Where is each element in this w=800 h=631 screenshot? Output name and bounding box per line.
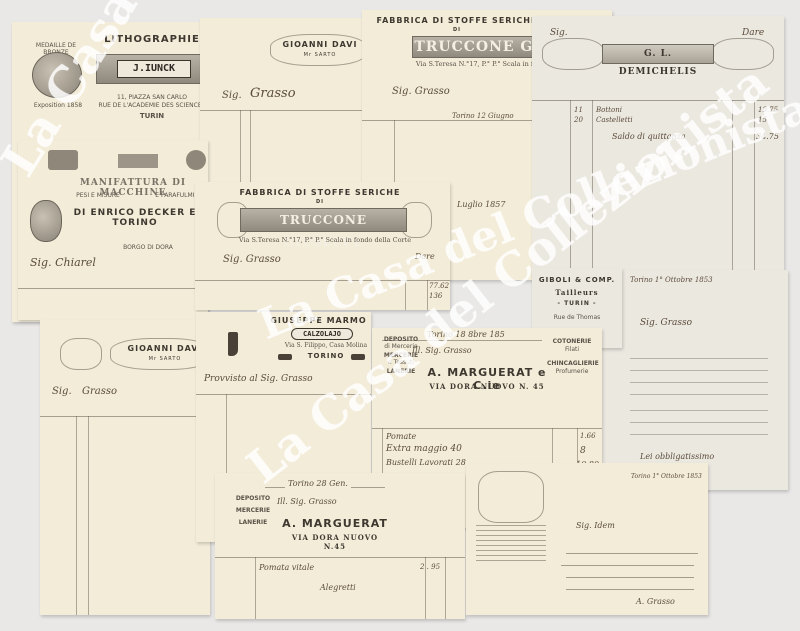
marmo-recipient: Provvisto al Sig. Grasso [204, 374, 312, 384]
decker-name: DI ENRICO DECKER E TORINO [60, 208, 208, 228]
demichelis-item-amount: 15 [758, 116, 767, 124]
decker-address: BORGO DI DORA [118, 244, 178, 251]
truccone-amount: 136 [429, 292, 442, 300]
marmo-city: TORINO [301, 352, 351, 360]
truccone-recipient: Sig. Grasso [392, 86, 450, 97]
demichelis-salutation: Sig. [550, 28, 568, 38]
letterhead-ornament [478, 471, 544, 523]
medal-portrait-icon [32, 52, 82, 98]
marguerat-amount: 2 . 95 [420, 563, 440, 571]
marguerat-left-label: LANERIE [233, 519, 273, 526]
document-letter: Torino 1° Ottobre 1853 Sig. Grasso Lei o… [600, 270, 788, 490]
marguerat-left-label: DEPOSITO [376, 336, 426, 343]
davi-recipient: Grasso [82, 386, 117, 397]
demichelis-item-qty: 20 [574, 116, 583, 124]
handwriting-line [566, 589, 694, 590]
marguerat-right-label: Filati [547, 346, 597, 353]
demichelis-name: G. L. DEMICHELIS [602, 44, 714, 64]
rule [445, 557, 446, 619]
rule [250, 110, 251, 188]
document-davi-top: GIOANNI DAVI Mr SARTO Sig. Grasso [200, 18, 370, 188]
truccone-entry: Luglio 1857 [457, 200, 505, 209]
truccone-dare: Dare [415, 252, 435, 261]
shoe-icon [278, 354, 292, 360]
rule [195, 280, 450, 281]
marguerat-signature: Alegretti [320, 583, 356, 592]
letter-date: Torino 1° Ottobre 1853 [630, 276, 713, 284]
decker-engraving-icon [186, 150, 206, 170]
document-davi-bottom: GIOANNI DAVI Mr SARTO Sig. Grasso [40, 320, 210, 615]
medal-caption-bottom: Exposition 1858 [28, 102, 88, 109]
rule [215, 557, 465, 558]
junck-name: J.IUNCK [117, 60, 191, 78]
header-lithographie: LITHOGRAPHIE [97, 34, 207, 45]
rule [570, 100, 571, 276]
letter-date: Torino 1° Ottobre 1853 [631, 473, 702, 480]
marguerat-left-label: di Mercerie [376, 343, 426, 350]
demichelis-ornament-left [542, 38, 604, 70]
marguerat-right-label: COTONERIE [547, 338, 597, 345]
davi-name: GIOANNI DAVI [270, 40, 370, 49]
truccone-name: TRUCCONE GIUSEPPE [240, 208, 407, 232]
handwriting-line [630, 358, 768, 359]
marguerat-name: A. MARGUERAT [280, 517, 390, 530]
rule [76, 416, 77, 615]
marguerat-right-label: CHINCAGLIERIE [547, 360, 597, 367]
marguerat-address: VIA DORA NUOVO N. 45 [427, 382, 547, 391]
davi-ornament-left [60, 338, 102, 370]
giboli-address: Rue de Thomas [532, 314, 622, 321]
davi-subtitle: Mr SARTO [135, 356, 195, 362]
handwriting-line [630, 410, 768, 411]
truccone-recipient: Sig. Grasso [223, 254, 281, 265]
document-marguerat-bottom: Torino 28 Gen. Ill. Sig. Grasso DEPOSITO… [215, 473, 465, 619]
letter-greeting: Sig. Idem [576, 521, 615, 530]
rule [592, 100, 593, 276]
handwriting-line [566, 577, 694, 578]
marguerat-item: Pomate [386, 432, 416, 441]
letter-signature: A. Grasso [636, 597, 675, 606]
marguerat-date: Torino 28 Gen. [285, 479, 351, 488]
handwriting-line [630, 382, 768, 383]
junck-city: TURIN [97, 112, 207, 120]
davi-ornament [110, 338, 210, 370]
rule [88, 416, 89, 615]
truccone-amount: 77.62 [429, 282, 449, 290]
marguerat-item: Pomata vitale [259, 563, 314, 572]
giboli-name: GIBOLI & COMP. [532, 276, 622, 284]
junck-address-2: RUE DE L'ACADEMIE DES SCIENCES [97, 102, 207, 109]
truccone-address: Via S.Teresa N.°17, P.° P.° Scala in fon… [235, 236, 415, 244]
decker-engraving-icon [48, 150, 78, 170]
rule [255, 557, 256, 619]
handwriting-line [630, 434, 768, 435]
demichelis-item-desc: Bottoni [596, 106, 622, 114]
rule [18, 288, 208, 289]
marguerat-amount: 1.66 [580, 432, 596, 440]
marguerat-amount: 8 [580, 446, 586, 456]
decker-recipient: Sig. Chiarel [30, 256, 96, 269]
truccone-di: DI [372, 27, 542, 33]
marguerat-left-label: MERCERIE [376, 352, 426, 359]
decker-engraving-icon [118, 154, 158, 168]
rule [196, 394, 371, 395]
letter-closing: Lei obbligatissimo [640, 452, 714, 461]
demichelis-item-amount: 19.75 [758, 106, 778, 114]
document-decker: MANIFATTURA DI MACCHINE PESI E MISURE E … [18, 140, 208, 320]
demichelis-dare: Dare [742, 28, 764, 38]
rule [240, 110, 241, 188]
giboli-city: - TURIN - [532, 300, 622, 307]
marguerat-left-label: e Tessuti [376, 359, 426, 366]
davi-recipient: Grasso [250, 86, 296, 101]
marguerat-date: Torino 18 8bre 185 [424, 330, 508, 339]
truccone-di: DI [235, 199, 405, 205]
demichelis-item-qty: 11 [574, 106, 583, 114]
document-demichelis: Sig. Dare G. L. DEMICHELIS 11 Bottoni 19… [532, 16, 784, 276]
rule [754, 100, 755, 276]
decker-medal-icon [30, 200, 62, 242]
demichelis-total: 34.75 [756, 132, 779, 141]
demichelis-ornament-right [712, 38, 774, 70]
marmo-trade: CALZOLAJO [291, 328, 353, 340]
davi-salutation: Sig. [222, 90, 242, 101]
marmo-name: GIUSEPPE MARMO [266, 316, 371, 325]
marguerat-right-label: Profumerie [547, 368, 597, 375]
rule [427, 280, 428, 310]
davi-ornament [270, 34, 367, 66]
demichelis-item-desc: Castelletti [596, 116, 633, 124]
handwriting-line [630, 370, 768, 371]
letter-salutation: Sig. Grasso [640, 318, 692, 328]
marguerat-recipient: Ill. Sig. Grasso [277, 497, 337, 506]
truccone-header: FABBRICA DI STOFFE SERICHE [372, 16, 542, 25]
boot-icon [228, 332, 238, 356]
rule [732, 100, 733, 276]
marmo-address: Via S. Filippo, Casa Molina [281, 342, 371, 349]
shoe-icon [351, 354, 365, 360]
document-letter-bottom: Torino 1° Ottobre 1853 Sig. Idem A. Gras… [466, 463, 708, 615]
handwriting-line [630, 422, 768, 423]
truccone-date: Torino 12 Giugno [452, 112, 514, 120]
letterhead-text [476, 525, 546, 565]
handwriting-line [630, 394, 768, 395]
marguerat-left-label: DEPOSITO [233, 495, 273, 502]
document-truccone-mid: FABBRICA DI STOFFE SERICHE DI TRUCCONE G… [195, 182, 450, 310]
marguerat-address: VIA DORA NUOVO N.45 [285, 533, 385, 551]
marguerat-left-label: MERCERIE [233, 507, 273, 514]
handwriting-line [561, 565, 694, 566]
rule [200, 110, 370, 111]
marguerat-item: Bustelli Lavorati 28 [386, 458, 466, 467]
handwriting-line [566, 553, 698, 554]
marguerat-item: Extra maggio 40 [386, 444, 462, 454]
giboli-subtitle: Tailleurs [532, 288, 622, 297]
davi-subtitle: Mr SARTO [290, 52, 350, 58]
davi-salutation: Sig. [52, 386, 72, 397]
rule [405, 280, 406, 310]
decker-sub-left: PESI E MISURE [68, 192, 128, 199]
truccone-header: FABBRICA DI STOFFE SERICHE [235, 188, 405, 197]
rule [372, 428, 602, 429]
rule [40, 416, 210, 417]
junck-address-1: 11, PIAZZA SAN CARLO [97, 94, 207, 101]
demichelis-note: Saldo di quittanza [612, 132, 686, 141]
